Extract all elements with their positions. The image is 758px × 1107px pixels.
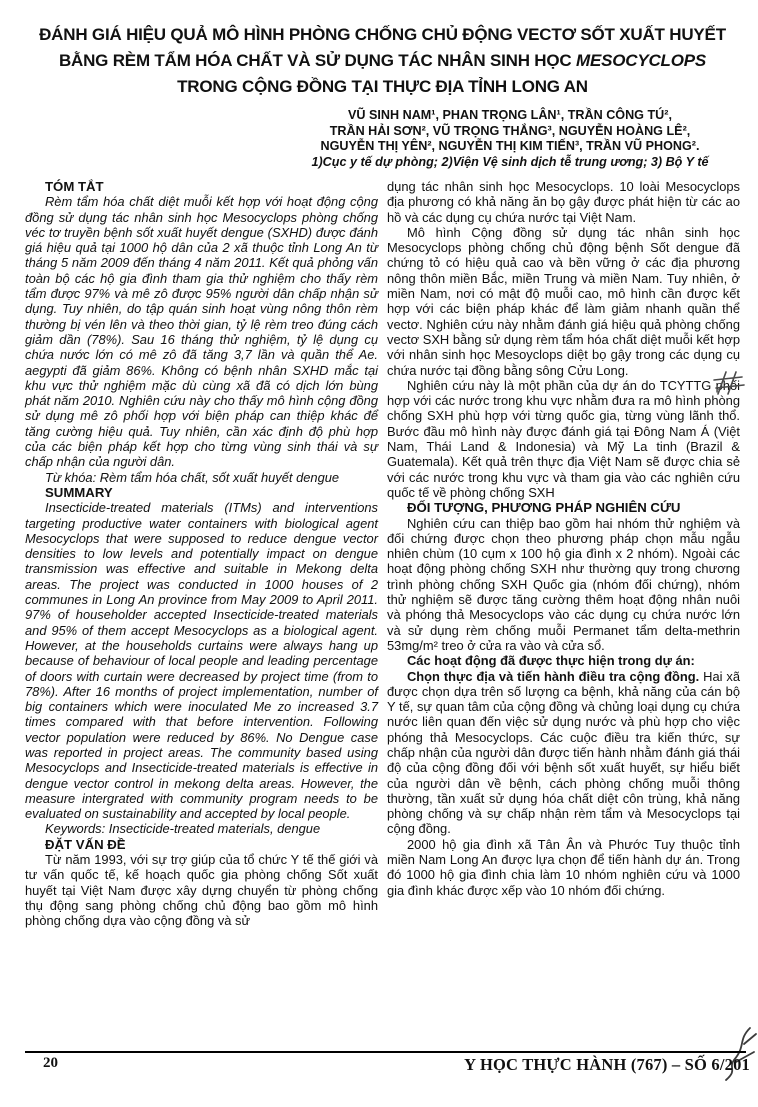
authors-line-1: VŨ SINH NAM¹, PHAN TRỌNG LÂN¹, TRẦN CÔNG… [290, 108, 730, 124]
intro-continuation-paragraph: dụng tác nhân sinh học Mesocyclops. 10 l… [387, 179, 740, 225]
article-title: ĐÁNH GIÁ HIỆU QUẢ MÔ HÌNH PHÒNG CHỐNG CH… [31, 22, 734, 100]
title-species-italic: MESOCYCLOPS [576, 51, 706, 70]
title-line-1: ĐÁNH GIÁ HIỆU QUẢ MÔ HÌNH PHÒNG CHỐNG CH… [31, 22, 734, 48]
summary-heading: SUMMARY [25, 485, 378, 500]
abstract-heading-vi: TÓM TẮT [25, 179, 378, 194]
site-selection-paragraph: Chọn thực địa và tiến hành điều tra cộng… [387, 669, 740, 837]
left-column: TÓM TẮT Rèm tẩm hóa chất diệt muỗi kết h… [25, 179, 378, 929]
title-line-3: TRONG CỘNG ĐỒNG TẠI THỰC ĐỊA TỈNH LONG A… [31, 74, 734, 100]
abstract-vi: Rèm tẩm hóa chất diệt muỗi kết hợp với h… [25, 194, 378, 469]
model-paragraph: Mô hình Cộng đồng sử dụng tác nhân sinh … [387, 225, 740, 378]
methods-heading: ĐỐI TƯỢNG, PHƯƠNG PHÁP NGHIÊN CỨU [387, 500, 740, 515]
keywords-vi: Từ khóa: Rèm tẩm hóa chất, sốt xuất huyế… [25, 470, 378, 485]
authors-line-3: NGUYỄN THỊ YÊN², NGUYỄN THỊ KIM TIẾN³, T… [290, 139, 730, 155]
authors-line-2: TRẦN HẢI SƠN², VŨ TRỌNG THẮNG³, NGUYỄN H… [290, 124, 730, 140]
body-columns: TÓM TẮT Rèm tẩm hóa chất diệt muỗi kết h… [25, 179, 740, 929]
title-line-2-text: BẰNG RÈM TẨM HÓA CHẤT VÀ SỬ DỤNG TÁC NHÂ… [59, 51, 576, 70]
title-line-2: BẰNG RÈM TẨM HÓA CHẤT VÀ SỬ DỤNG TÁC NHÂ… [31, 48, 734, 74]
activities-lead-line: Các hoạt động đã được thực hiện trong dự… [387, 653, 740, 668]
who-project-paragraph: Nghiên cứu này là một phần của dự án do … [387, 378, 740, 500]
scanned-paper-page: ĐÁNH GIÁ HIỆU QUẢ MÔ HÌNH PHÒNG CHỐNG CH… [0, 0, 758, 1107]
households-paragraph: 2000 hộ gia đình xã Tân Ân và Phước Tuy … [387, 837, 740, 898]
right-column: dụng tác nhân sinh học Mesocyclops. 10 l… [387, 179, 740, 929]
site-selection-rest: Hai xã được chọn dựa trên số lượng ca bệ… [387, 669, 740, 837]
summary-en: Insecticide-treated materials (ITMs) and… [25, 500, 378, 821]
keywords-en: Keywords: Insecticide-treated materials,… [25, 821, 378, 836]
methods-paragraph: Nghiên cứu can thiệp bao gồm hai nhóm th… [387, 516, 740, 654]
introduction-paragraph: Từ năm 1993, với sự trợ giúp của tổ chức… [25, 852, 378, 928]
page-number: 20 [43, 1055, 58, 1072]
page-footer: 20 Y HỌC THỰC HÀNH (767) – SỐ 6/201 [25, 1051, 746, 1075]
authors-block: VŨ SINH NAM¹, PHAN TRỌNG LÂN¹, TRẦN CÔNG… [290, 108, 730, 170]
affiliations-line: 1)Cục y tế dự phòng; 2)Viện Vệ sinh dịch… [290, 155, 730, 171]
journal-title: Y HỌC THỰC HÀNH (767) – SỐ 6/201 [464, 1055, 750, 1075]
introduction-heading: ĐẶT VẤN ĐỀ [25, 837, 378, 852]
site-selection-lead: Chọn thực địa và tiến hành điều tra cộng… [407, 669, 699, 684]
